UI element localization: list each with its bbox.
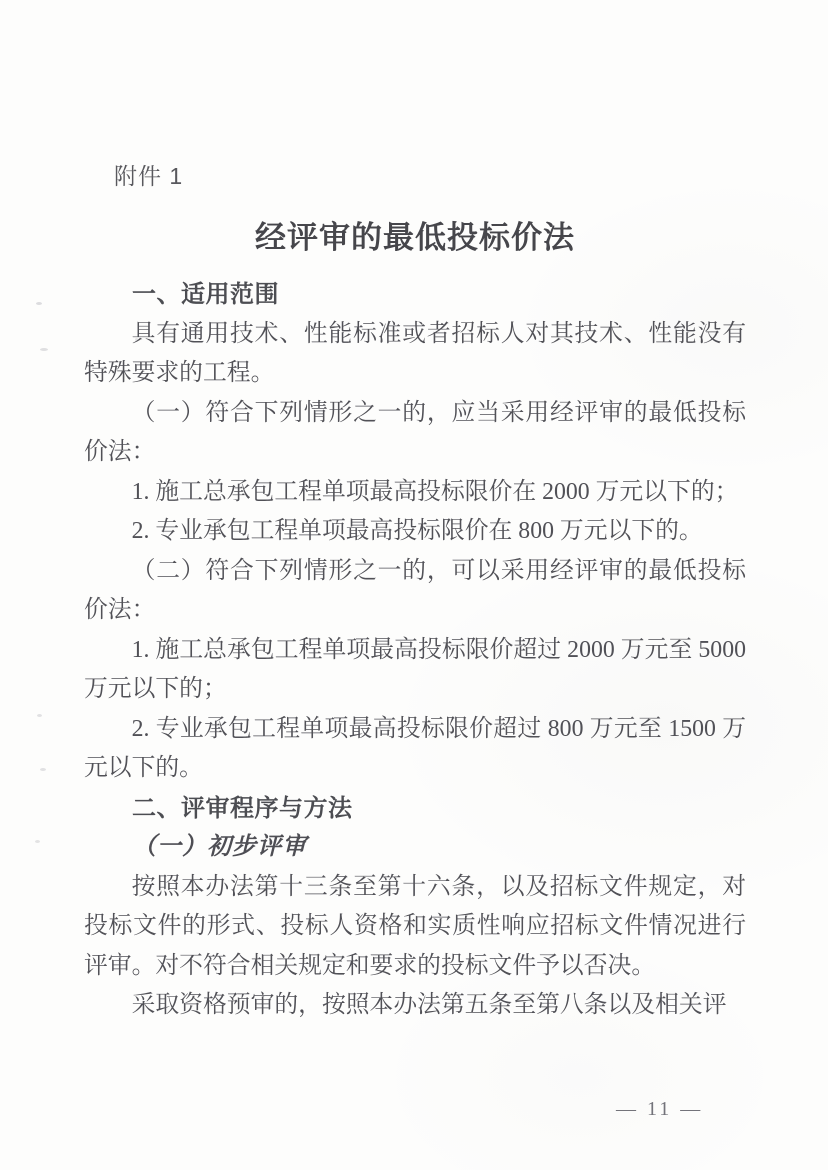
scan-artifact [40, 348, 48, 351]
paragraph: 2. 专业承包工程单项最高投标限价在 800 万元以下的。 [84, 512, 746, 552]
scan-artifact [36, 302, 42, 305]
section-heading: 二、评审程序与方法 [84, 789, 746, 829]
scan-artifact [40, 768, 46, 771]
paragraph: （一）符合下列情形之一的，应当采用经评审的最低投标价法： [84, 394, 746, 473]
paragraph: 按照本办法第十三条至第十六条，以及招标文件规定，对投标文件的形式、投标人资格和实… [84, 868, 746, 987]
attachment-label: 附件 1 [114, 158, 183, 191]
document-body: 一、适用范围具有通用技术、性能标准或者招标人对其技术、性能没有特殊要求的工程。（… [84, 275, 746, 1026]
paragraph: 1. 施工总承包工程单项最高投标限价超过 2000 万元至 5000 万元以下的… [84, 631, 746, 710]
paragraph: （二）符合下列情形之一的，可以采用经评审的最低投标价法： [84, 552, 746, 631]
scanned-document-page: 附件 1 经评审的最低投标价法 一、适用范围具有通用技术、性能标准或者招标人对其… [0, 0, 828, 1170]
scan-artifact [37, 714, 42, 717]
paragraph: 采取资格预审的，按照本办法第五条至第八条以及相关评 [84, 986, 746, 1026]
paragraph: 具有通用技术、性能标准或者招标人对其技术、性能没有特殊要求的工程。 [84, 315, 746, 394]
subsection-heading: （一）初步评审 [84, 828, 746, 868]
scan-artifact [35, 840, 40, 843]
paragraph: 2. 专业承包工程单项最高投标限价超过 800 万元至 1500 万元以下的。 [84, 710, 746, 789]
section-heading: 一、适用范围 [84, 275, 746, 315]
page-number: — 11 — [616, 1098, 703, 1121]
document-title: 经评审的最低投标价法 [84, 212, 746, 257]
paragraph: 1. 施工总承包工程单项最高投标限价在 2000 万元以下的； [84, 473, 746, 513]
